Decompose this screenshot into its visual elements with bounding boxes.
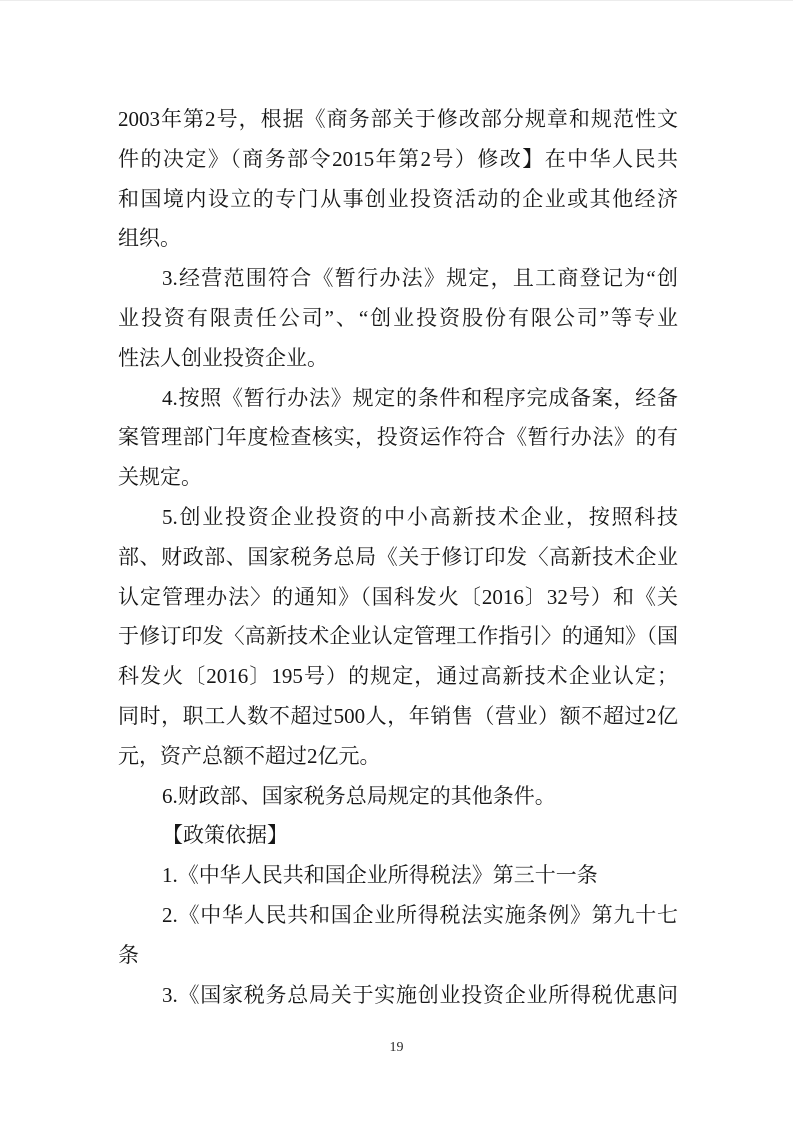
text-line: 1.《中华人民共和国企业所得税法》第三十一条	[118, 856, 678, 896]
text-line: 元，资产总额不超过2亿元。	[118, 737, 678, 777]
text-line: 业投资有限责任公司”、“创业投资股份有限公司”等专业	[118, 299, 678, 339]
text-line: 组织。	[118, 219, 678, 259]
text-line: 于修订印发〈高新技术企业认定管理工作指引〉的通知》（国	[118, 617, 678, 657]
text-line: 3.经营范围符合《暂行办法》规定，且工商登记为“创	[118, 259, 678, 299]
text-line: 3.《国家税务总局关于实施创业投资企业所得税优惠问	[118, 976, 678, 1016]
text-line: 科发火〔2016〕195号）的规定，通过高新技术企业认定；	[118, 657, 678, 697]
text-line: 关规定。	[118, 458, 678, 498]
text-line: 件的决定》（商务部令2015年第2号）修改】在中华人民共	[118, 140, 678, 180]
text-line: 性法人创业投资企业。	[118, 339, 678, 379]
text-line: 认定管理办法〉的通知》（国科发火〔2016〕32号）和《关	[118, 578, 678, 618]
text-line: 2.《中华人民共和国企业所得税法实施条例》第九十七	[118, 896, 678, 936]
page-number: 19	[0, 1040, 793, 1056]
text-line: 部、财政部、国家税务总局《关于修订印发〈高新技术企业	[118, 538, 678, 578]
text-line: 和国境内设立的专门从事创业投资活动的企业或其他经济	[118, 180, 678, 220]
section-heading: 【政策依据】	[118, 816, 678, 856]
text-line: 6.财政部、国家税务总局规定的其他条件。	[118, 777, 678, 817]
text-line: 条	[118, 936, 678, 976]
text-line: 4.按照《暂行办法》规定的条件和程序完成备案，经备	[118, 379, 678, 419]
text-line: 案管理部门年度检查核实，投资运作符合《暂行办法》的有	[118, 418, 678, 458]
text-block: 2003年第2号，根据《商务部关于修改部分规章和规范性文 件的决定》（商务部令2…	[118, 100, 678, 1015]
text-line: 5.创业投资企业投资的中小高新技术企业，按照科技	[118, 498, 678, 538]
document-page: 2003年第2号，根据《商务部关于修改部分规章和规范性文 件的决定》（商务部令2…	[0, 0, 793, 1122]
text-line: 2003年第2号，根据《商务部关于修改部分规章和规范性文	[118, 100, 678, 140]
text-line: 同时，职工人数不超过500人，年销售（营业）额不超过2亿	[118, 697, 678, 737]
